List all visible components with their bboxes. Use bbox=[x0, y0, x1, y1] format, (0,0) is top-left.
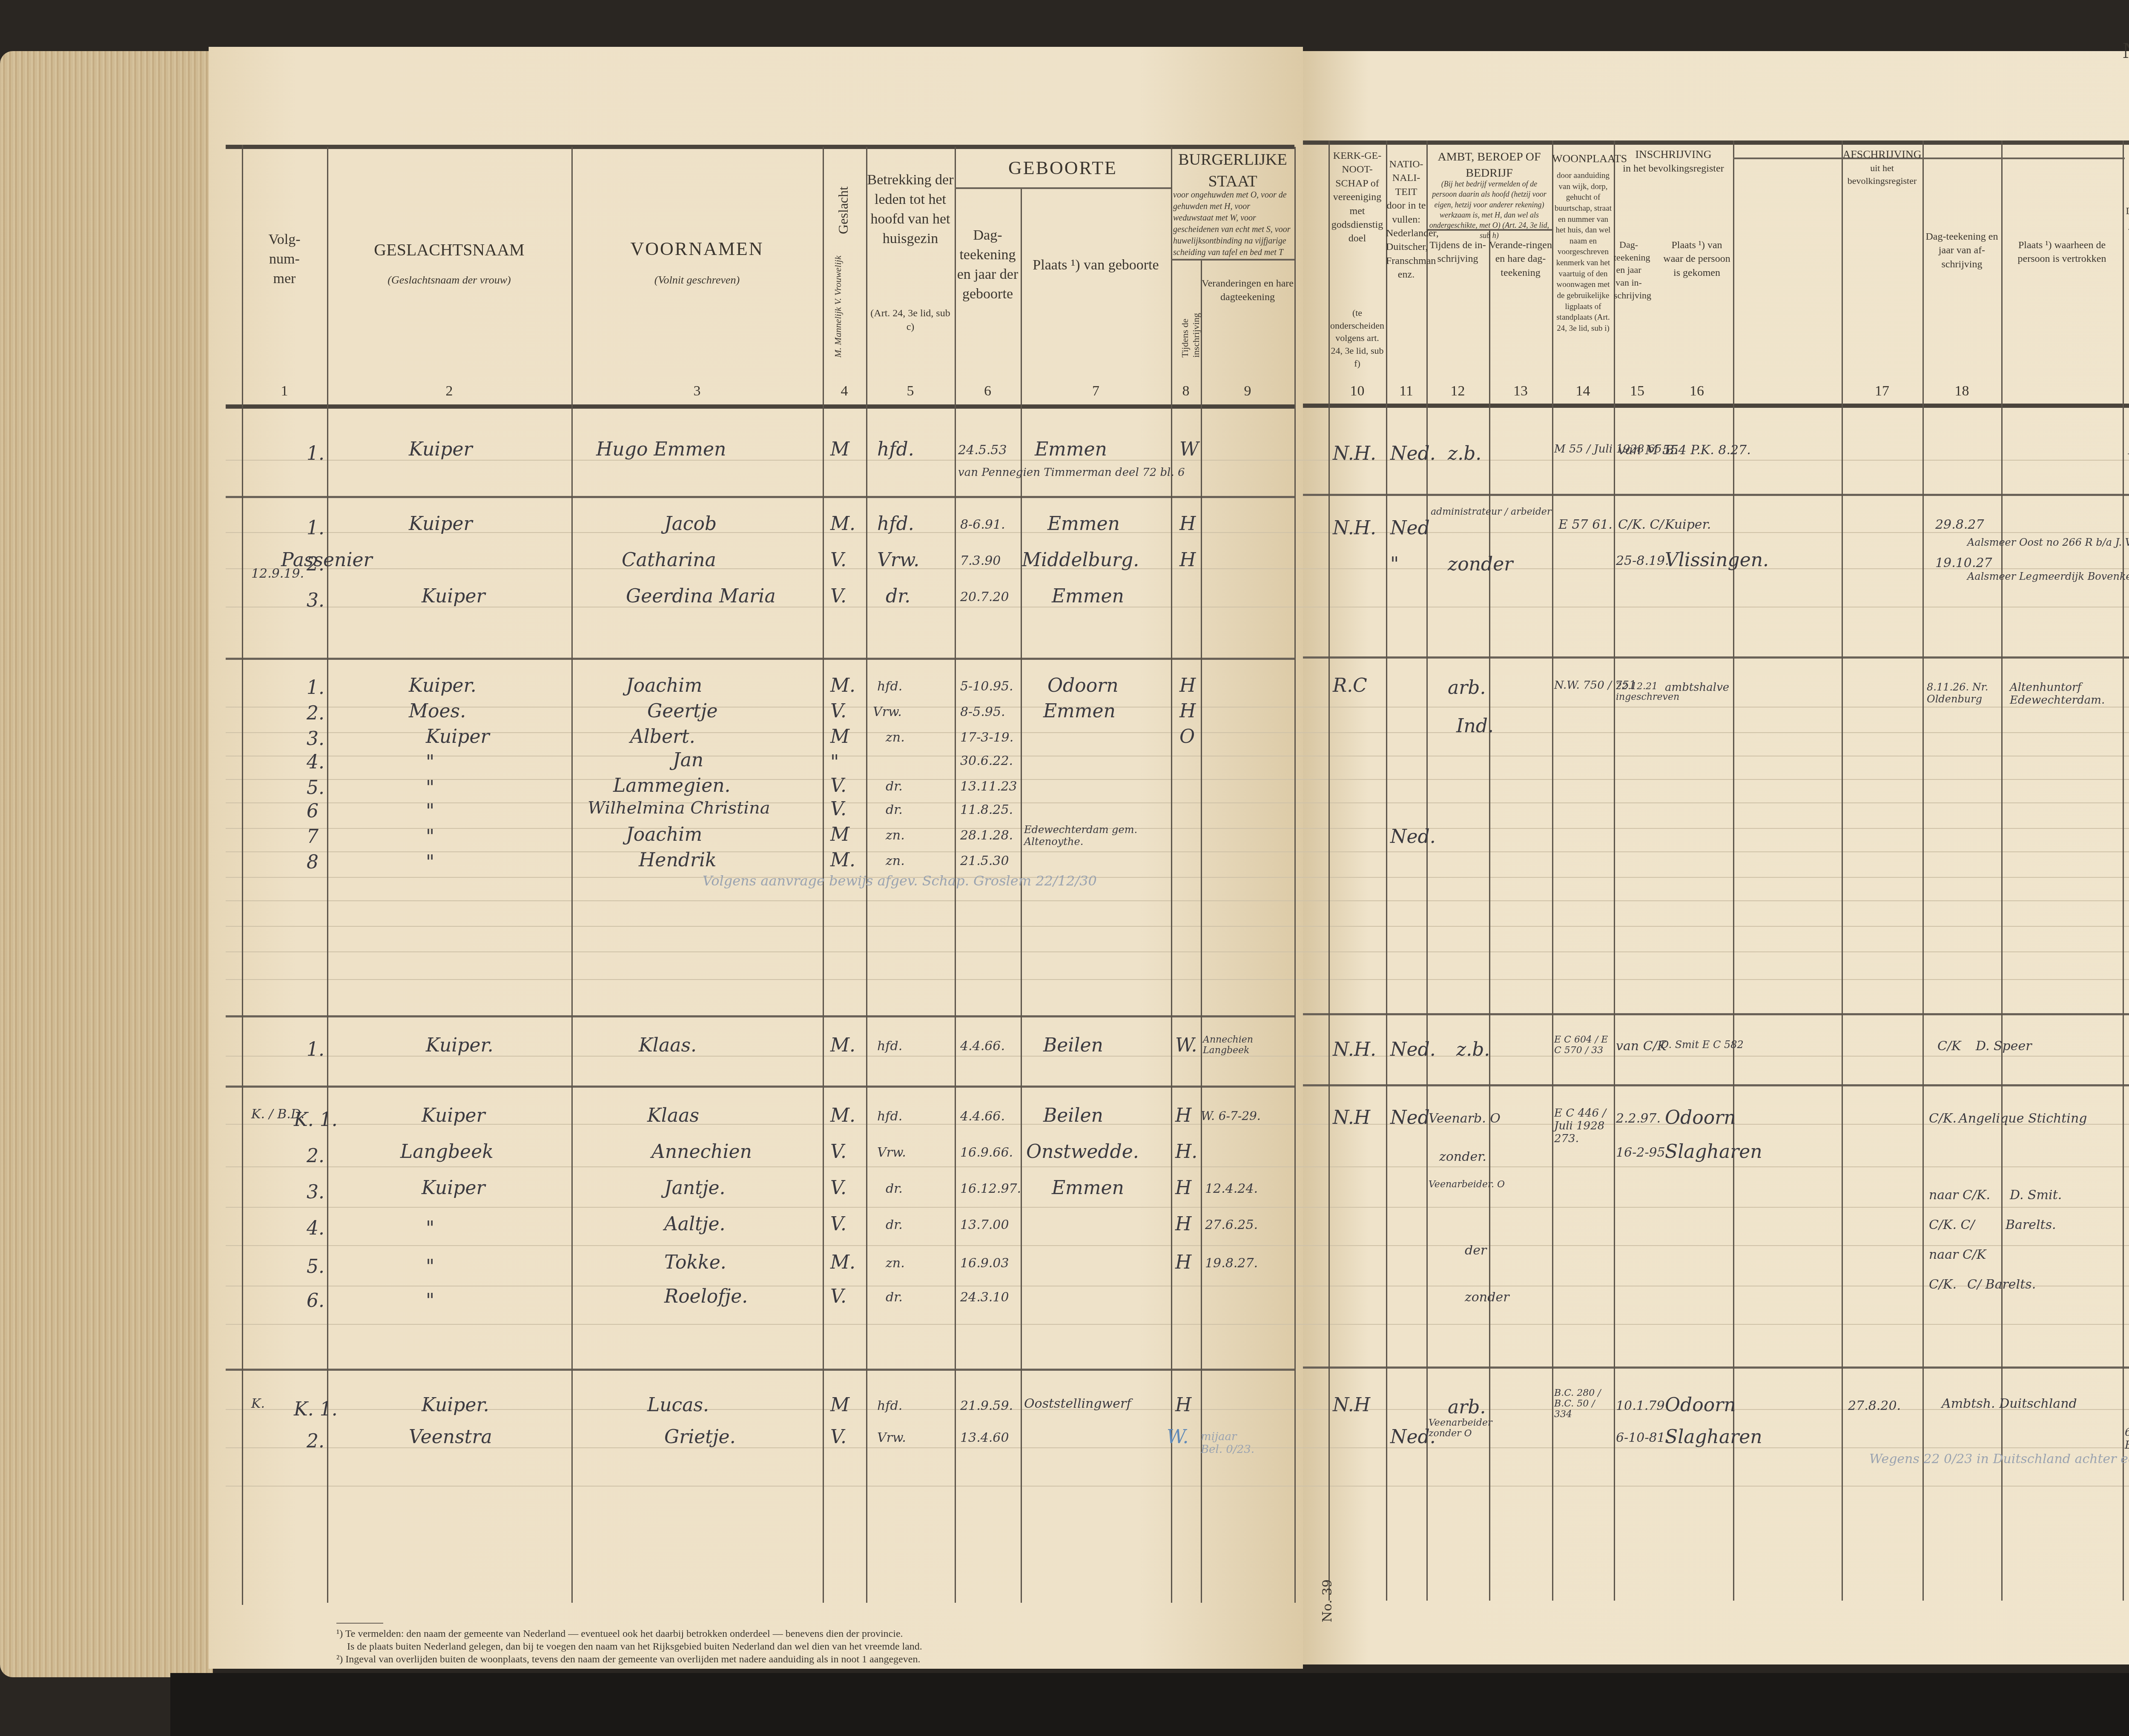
sex: V. bbox=[830, 1286, 846, 1307]
sex: V. bbox=[830, 1213, 846, 1235]
col10-header: KERK-GE-NOOT-SCHAP of vereeniging met go… bbox=[1328, 149, 1386, 246]
surname: Langbeek bbox=[400, 1141, 494, 1163]
entry-number: 2. bbox=[307, 1430, 324, 1452]
occupation: arb. bbox=[1448, 677, 1486, 699]
given-names: Jacob bbox=[664, 513, 717, 535]
registration-from: Slagharen bbox=[1665, 1426, 1762, 1448]
birth-place: Emmen bbox=[1047, 513, 1120, 535]
deregistration-to: D. Smit. bbox=[2010, 1188, 2062, 1203]
col-number: 9 bbox=[1201, 383, 1294, 399]
registration-date: 16-2-95 bbox=[1616, 1145, 1665, 1160]
col3-subheader: (Volnit geschreven) bbox=[571, 272, 823, 287]
col17-header: Dag-teekening en jaar van af-schrijving bbox=[1922, 230, 2001, 271]
deregistration-to: D. Speer bbox=[1976, 1039, 2032, 1054]
col13-header: Verande-ringen en hare dag-teekening bbox=[1489, 238, 1552, 280]
deregistration-date: 8.11.26. Nr. Oldenburg bbox=[1927, 681, 2003, 705]
surname: Moes. bbox=[409, 700, 466, 722]
occupation: zonder bbox=[1448, 553, 1513, 575]
birth-place: Beilen bbox=[1043, 1105, 1103, 1126]
registration-from: Vlissingen. bbox=[1665, 549, 1769, 571]
left-page bbox=[209, 47, 1303, 1669]
entry-number: 3. bbox=[307, 590, 324, 611]
relation: zn. bbox=[886, 828, 905, 843]
col11-header: NATIO-NALI-TEIT door in te vullen: Neder… bbox=[1386, 158, 1426, 282]
sex: M. bbox=[830, 675, 855, 696]
entry-number: 8 bbox=[307, 851, 318, 873]
relation: hfd. bbox=[877, 1039, 902, 1054]
surname: Kuiper bbox=[422, 1105, 485, 1126]
relation: dr. bbox=[886, 779, 903, 794]
birth-date: 8-6.91. bbox=[960, 517, 1005, 532]
entry-number: 1. bbox=[307, 677, 324, 699]
relation: hfd. bbox=[877, 513, 914, 535]
relation: Vrw. bbox=[877, 1145, 906, 1160]
relation: dr. bbox=[886, 1217, 903, 1232]
given-names: Catharina bbox=[622, 549, 716, 571]
burgerlijke-staat-note: voor ongehuwden met O, voor de gehuwden … bbox=[1173, 189, 1292, 258]
civil-status: W. bbox=[1167, 1426, 1189, 1448]
ambt-header: AMBT, BEROEP OF BEDRIJF bbox=[1426, 149, 1552, 181]
relation: dr. bbox=[886, 585, 910, 607]
sex: M. bbox=[830, 1034, 855, 1056]
birth-place: Edewechterdam gem. Altenoythe. bbox=[1024, 824, 1169, 848]
col16-header: Plaats ¹) van waar de persoon is gekomen bbox=[1661, 238, 1733, 280]
col15-header: Dag-teekening en jaar van in-schrijving bbox=[1614, 238, 1644, 301]
deregistration-date: C/K. C/ bbox=[1929, 1217, 1975, 1232]
given-names: Lucas. bbox=[647, 1394, 709, 1416]
sex: V. bbox=[830, 775, 846, 796]
deregistration-date: C/K bbox=[1937, 1039, 1961, 1054]
birth-place: Emmen bbox=[1052, 585, 1124, 607]
occupation: zonder. bbox=[1439, 1149, 1486, 1164]
household-divider bbox=[226, 496, 1294, 498]
registration-from: Slagharen bbox=[1665, 1141, 1762, 1163]
surname: " bbox=[426, 800, 434, 822]
civil-status: W. bbox=[1175, 1034, 1197, 1056]
civil-status: H bbox=[1175, 1105, 1191, 1126]
given-names: Wilhelmina Christina bbox=[588, 798, 770, 818]
registration-from: Odoorn bbox=[1665, 1107, 1736, 1129]
col-number: 5 bbox=[866, 383, 955, 399]
entry-number: 1. bbox=[307, 443, 324, 464]
civil-status: H. bbox=[1175, 1141, 1197, 1163]
church: N.H bbox=[1333, 1394, 1370, 1416]
deregistration-date: 29.8.27 bbox=[1935, 517, 1984, 532]
household-divider bbox=[226, 658, 1294, 660]
deregistration-to: Altenhuntorf Edewechterdam. bbox=[2010, 681, 2129, 707]
deregistration-date: naar C/K. bbox=[1929, 1188, 1990, 1203]
relation: dr. bbox=[886, 1290, 903, 1305]
surname: " bbox=[426, 851, 434, 873]
col-number: 11 bbox=[1386, 383, 1426, 399]
col-number: 14 bbox=[1552, 383, 1614, 399]
col7-header: Plaats ¹) van geboorte bbox=[1021, 255, 1171, 275]
civil-status-change: 12.4.24. bbox=[1205, 1181, 1258, 1196]
deregistration-date: 27.8.20. bbox=[1848, 1398, 1901, 1413]
civil-status: H bbox=[1179, 549, 1196, 571]
birth-date: 5-10.95. bbox=[960, 679, 1013, 694]
birth-date: 8-5.95. bbox=[960, 705, 1005, 719]
given-names: Grietje. bbox=[664, 1426, 736, 1448]
occupation: der bbox=[1465, 1243, 1486, 1258]
civil-status-change: van Pennegien Timmerman deel 72 bl. 6 bbox=[958, 466, 1185, 479]
registration-from: Kuiper. bbox=[1665, 517, 1711, 532]
deregistration-date: 19.10.27 bbox=[1935, 556, 1992, 570]
col3-header: VOORNAMEN bbox=[571, 236, 823, 261]
col-number: 3 bbox=[571, 383, 823, 399]
birth-place: Emmen bbox=[1035, 438, 1107, 460]
entry-number: 3. bbox=[307, 1181, 324, 1203]
sex: M. bbox=[830, 1105, 855, 1126]
surname: Kuiper. bbox=[409, 675, 476, 696]
col2-subheader: (Geslachtsnaam der vrouw) bbox=[327, 272, 571, 287]
deregistration-to: Aalsmeer Legmeerdijk Bovenkerk bbox=[1967, 570, 2129, 582]
given-names: Geerdina Maria bbox=[626, 585, 776, 607]
ambt-note: (Bij het bedrijf vermelden of de persoon… bbox=[1429, 179, 1550, 241]
entry-number: 2. bbox=[307, 702, 324, 724]
registration-from: ambtshalve bbox=[1665, 681, 1729, 694]
form-number: No. 39 bbox=[1320, 1579, 1335, 1622]
birth-date: 7.3.90 bbox=[960, 553, 1001, 568]
given-names: Lammegien. bbox=[613, 775, 731, 796]
birth-date: 28.1.28. bbox=[960, 828, 1013, 843]
church: N.H bbox=[1333, 1107, 1370, 1129]
civil-status-change: W. 6-7-29. bbox=[1201, 1109, 1261, 1123]
footnote-2: ²) Ingeval van overlijden buiten de woon… bbox=[336, 1654, 920, 1665]
occupation: Veenarbeider. O bbox=[1429, 1179, 1505, 1190]
nationality: " bbox=[1390, 553, 1399, 575]
col12-header: Tijdens de in-schrijving bbox=[1426, 238, 1489, 266]
occupation: z.b. bbox=[1448, 443, 1481, 464]
sex: " bbox=[830, 751, 839, 773]
given-names: Klaas bbox=[647, 1105, 699, 1126]
surname: Kuiper bbox=[409, 438, 473, 460]
deregistration-date: naar C/K bbox=[1929, 1247, 1986, 1262]
col18-header: Plaats ¹) waarheen de persoon is vertrok… bbox=[2001, 238, 2123, 266]
given-names: Geertje bbox=[647, 700, 718, 722]
sex: V. bbox=[830, 1177, 846, 1199]
entry-number: 2. bbox=[307, 1145, 324, 1167]
inschrijving-header: INSCHRIJVING bbox=[1614, 147, 1733, 162]
relation: Vrw. bbox=[873, 705, 902, 719]
annotation: Volgens aanvrage bewijs afgev. Schap. Gr… bbox=[703, 873, 1097, 889]
registration-date: 6-10-81. bbox=[1616, 1430, 1669, 1445]
col19-header: Dag-teekening en jaar van OVER-LIJDEN ²) bbox=[2123, 204, 2129, 246]
entry-number: 6. bbox=[307, 1290, 324, 1312]
registration-from: B.4 P.K. 8.27. bbox=[1665, 443, 1751, 458]
sex: V. bbox=[830, 1141, 846, 1163]
surname: Kuiper bbox=[422, 585, 485, 607]
deregistration-to: Angelique Stichting bbox=[1959, 1111, 2087, 1126]
given-names: Joachim bbox=[626, 824, 702, 845]
surname: Kuiper. bbox=[422, 1394, 489, 1416]
church: N.H. bbox=[1333, 517, 1376, 539]
relation: zn. bbox=[886, 1256, 905, 1271]
col1-header: Volg- num- mer bbox=[242, 230, 327, 289]
birth-place: Emmen bbox=[1043, 700, 1116, 722]
birth-date: 4.4.66. bbox=[960, 1109, 1005, 1124]
relation: hfd. bbox=[877, 1398, 902, 1413]
deregistration-to: Aalsmeer Oost no 266 R b/a J. Verbeek Kw… bbox=[1967, 536, 2129, 548]
surname: Kuiper bbox=[426, 726, 490, 748]
registration-date: 2.2.97. bbox=[1616, 1111, 1661, 1126]
occupation: Ind. bbox=[1456, 715, 1494, 737]
relation: zn. bbox=[886, 730, 905, 745]
civil-status-change: 27.6.25. bbox=[1205, 1217, 1258, 1232]
civil-status-change: 19.8.27. bbox=[1205, 1256, 1258, 1271]
deregistration-to: Barelts. bbox=[2006, 1217, 2056, 1232]
col5-header: Betrekking der leden tot het hoofd van h… bbox=[866, 170, 955, 249]
col-number: 4 bbox=[823, 383, 866, 399]
address: E C 446 / Juli 1928 273. bbox=[1554, 1107, 1614, 1145]
registration-from: D. Smit E C 582 bbox=[1661, 1039, 1744, 1051]
surname: " bbox=[426, 777, 434, 799]
address: E C 604 / E C 570 / 33 bbox=[1554, 1034, 1614, 1056]
relation: dr. bbox=[886, 1181, 903, 1196]
civil-status: H bbox=[1175, 1213, 1191, 1235]
registration-date: C/K. C/ bbox=[1618, 517, 1664, 532]
birth-date: 24.3.10 bbox=[960, 1290, 1009, 1305]
surname: " bbox=[426, 1217, 434, 1239]
birth-place: Beilen bbox=[1043, 1034, 1103, 1056]
given-names: Hugo Emmen bbox=[596, 438, 726, 460]
birth-date: 13.11.23 bbox=[960, 779, 1017, 794]
birth-date: 24.5.53 bbox=[958, 443, 1007, 458]
entry-number: 4. bbox=[307, 751, 324, 773]
birth-date: 16.9.66. bbox=[960, 1145, 1013, 1160]
birth-place: Emmen bbox=[1052, 1177, 1124, 1199]
col2-header: GESLACHTSNAAM bbox=[327, 238, 571, 261]
col-number: 6 bbox=[955, 383, 1021, 399]
deregistration-date: C/K. bbox=[1929, 1111, 1957, 1126]
church: R.C bbox=[1333, 675, 1367, 696]
relation: zn. bbox=[886, 854, 905, 868]
book-cover-bottom bbox=[170, 1673, 2129, 1736]
occupation: arb. bbox=[1448, 1396, 1486, 1418]
registration-date: 25-8.19. bbox=[1616, 553, 1669, 568]
sex: M bbox=[830, 438, 849, 460]
col10-subheader: (te onderscheiden volgens art. 24, 3e li… bbox=[1328, 307, 1386, 370]
annotation: Wegens 22 0/23 in Duitschland achter een… bbox=[1869, 1452, 2129, 1467]
entry-number: 5. bbox=[307, 777, 324, 799]
given-names: Aaltje. bbox=[664, 1213, 725, 1235]
sex: M. bbox=[830, 513, 855, 535]
surname: Kuiper. bbox=[426, 1034, 494, 1056]
church: N.H. bbox=[1333, 443, 1376, 464]
relation: Vrw. bbox=[877, 1430, 906, 1445]
sex: M. bbox=[830, 1252, 855, 1273]
birth-date: 17-3-19. bbox=[960, 730, 1013, 745]
relation: hfd. bbox=[877, 1109, 902, 1124]
entry-number: 1. bbox=[307, 1039, 324, 1060]
relation: hfd. bbox=[877, 679, 902, 694]
col-number: 15 bbox=[1614, 383, 1661, 399]
deregistration-to: C/ Barelts. bbox=[1967, 1277, 2036, 1292]
col-number: 1 bbox=[242, 383, 327, 399]
given-names: Albert. bbox=[630, 726, 695, 748]
col4-subheader: M. Mannelijk V. Vrouwelijk bbox=[832, 255, 844, 358]
nationality: Ned. bbox=[1390, 1039, 1436, 1060]
col9-header: Veranderingen en hare dagteekening bbox=[1201, 277, 1294, 304]
surname: " bbox=[426, 826, 434, 848]
page-title: Nummer van het blad bbox=[2123, 38, 2129, 63]
inschrijving-subheader: in het bevolkingsregister bbox=[1614, 162, 1733, 175]
surname: Kuiper bbox=[409, 513, 473, 535]
col-number: 16 bbox=[1661, 383, 1733, 399]
col-number: 12 bbox=[1426, 383, 1489, 399]
sex: V. bbox=[830, 1426, 846, 1448]
col8-header: Tijdens de inschrijving bbox=[1179, 272, 1202, 358]
registration-date: 22.12.21 ingeschreven bbox=[1616, 681, 1658, 702]
registration-date: van C/K bbox=[1616, 1039, 1667, 1054]
sex: M bbox=[830, 824, 849, 845]
surname: " bbox=[426, 751, 434, 773]
sex: V. bbox=[830, 549, 846, 571]
entry-number: K. 1. bbox=[294, 1398, 338, 1420]
birth-date: 13.7.00 bbox=[960, 1217, 1009, 1232]
sex: M bbox=[830, 1394, 849, 1416]
death-date: 19.6.30 bbox=[2127, 443, 2129, 458]
relation: dr. bbox=[886, 802, 903, 817]
relation: hfd. bbox=[877, 438, 914, 460]
nationality: Ned bbox=[1390, 1107, 1430, 1129]
surname: Passenier bbox=[281, 549, 373, 571]
birth-date: 4.4.66. bbox=[960, 1039, 1005, 1054]
col-number: 8 bbox=[1171, 383, 1201, 399]
entry-number: K. 1. bbox=[294, 1109, 338, 1131]
sex: V. bbox=[830, 585, 846, 607]
surname: Veenstra bbox=[409, 1426, 492, 1448]
given-names: Joachim bbox=[626, 675, 702, 696]
surname: " bbox=[426, 1256, 434, 1278]
household-divider bbox=[226, 1015, 1294, 1017]
geboorte-header: GEBOORTE bbox=[955, 155, 1171, 180]
birth-date: 21.9.59. bbox=[960, 1398, 1013, 1413]
footnote-1b: Is de plaats buiten Nederland gelegen, d… bbox=[347, 1641, 922, 1653]
col-number: 13 bbox=[1489, 383, 1552, 399]
civil-status: H bbox=[1175, 1252, 1191, 1273]
registration-from: Odoorn bbox=[1665, 1394, 1736, 1416]
col-number: 18 bbox=[1922, 383, 2001, 399]
col4-header: Geslacht bbox=[835, 166, 851, 234]
occupation: administrateur / arbeider bbox=[1431, 507, 1551, 517]
entry-number: 3. bbox=[307, 728, 324, 750]
col-number: 2 bbox=[327, 383, 571, 399]
household-divider bbox=[226, 1086, 1294, 1088]
footnote-1: ¹) Te vermelden: den naam der gemeente v… bbox=[336, 1628, 903, 1640]
col-number: 17 bbox=[1842, 383, 1922, 399]
given-names: Annechien bbox=[651, 1141, 752, 1163]
entry-number: 4. bbox=[307, 1217, 324, 1239]
birth-date: 21.5.30 bbox=[960, 854, 1009, 868]
book-page-edges bbox=[0, 51, 213, 1677]
entry-number: 6 bbox=[307, 800, 318, 822]
civil-status: H bbox=[1175, 1394, 1191, 1416]
surname: Kuiper bbox=[422, 1177, 485, 1199]
civil-status: H bbox=[1179, 513, 1196, 535]
given-names: Hendrik bbox=[639, 849, 717, 871]
birth-date: 16.9.03 bbox=[960, 1256, 1009, 1271]
civil-status: O bbox=[1179, 726, 1195, 748]
birth-date: 13.4.60 bbox=[960, 1430, 1009, 1445]
occupation: Veenarbeider zonder O bbox=[1429, 1418, 1488, 1439]
nationality: Ned. bbox=[1390, 826, 1436, 848]
birth-date: 30.6.22. bbox=[960, 753, 1013, 768]
col14-subheader: door aanduiding van wijk, dorp, gehucht … bbox=[1553, 170, 1613, 334]
header-top-rule bbox=[226, 145, 1294, 149]
civil-status-change: Annechien Langbeek bbox=[1203, 1034, 1254, 1056]
occupation: zonder bbox=[1465, 1290, 1509, 1305]
col6-header: Dag-teekening en jaar der geboorte bbox=[955, 226, 1021, 304]
occupation: z.b. bbox=[1456, 1039, 1490, 1060]
given-names: Tokke. bbox=[664, 1252, 726, 1273]
birth-place: Ooststellingwerf bbox=[1024, 1396, 1131, 1411]
birth-date: 20.7.20 bbox=[960, 590, 1009, 604]
civil-status: W bbox=[1179, 438, 1199, 460]
sex: M bbox=[830, 726, 849, 748]
sex: M. bbox=[830, 849, 855, 871]
given-names: Klaas. bbox=[639, 1034, 697, 1056]
afschrijving-header: AFSCHRIJVING bbox=[1842, 147, 1922, 162]
header-bottom-rule bbox=[226, 404, 1294, 409]
church: N.H. bbox=[1333, 1039, 1376, 1060]
afschrijving-subheader: uit het bevolkingsregister bbox=[1842, 162, 1922, 187]
address: E 57 61. bbox=[1558, 517, 1613, 532]
nationality: Ned. bbox=[1390, 443, 1436, 464]
household-divider bbox=[226, 1369, 1294, 1371]
deregistration-to: Ambtsh. Duitschland bbox=[1942, 1396, 2077, 1411]
col-number: 10 bbox=[1328, 383, 1386, 399]
registration-date: 10.1.79 bbox=[1616, 1398, 1665, 1413]
occupation: Veenarb. O bbox=[1429, 1111, 1501, 1126]
col-number: 7 bbox=[1021, 383, 1171, 399]
civil-status: H bbox=[1179, 700, 1196, 722]
sex: V. bbox=[830, 798, 846, 820]
given-names: Roelofje. bbox=[664, 1286, 748, 1307]
entry-number: 7 bbox=[307, 826, 318, 848]
col-number: 19 bbox=[2123, 383, 2129, 399]
given-names: Jan bbox=[673, 749, 703, 771]
civil-status: H bbox=[1179, 675, 1196, 696]
deregistration-date: C/K. bbox=[1929, 1277, 1957, 1292]
sex: V. bbox=[830, 700, 846, 722]
civil-status-change: mijaar Bel. 0/23. bbox=[1201, 1430, 1260, 1456]
col5-subheader: (Art. 24, 3e lid, sub c) bbox=[866, 307, 955, 334]
civil-status: H bbox=[1175, 1177, 1191, 1199]
burgerlijke-staat-header: BURGERLIJKE STAAT bbox=[1171, 149, 1294, 193]
nationality: Ned bbox=[1390, 517, 1430, 539]
birth-date: 16.12.97. bbox=[960, 1181, 1021, 1196]
birth-date: 11.8.25. bbox=[960, 802, 1013, 817]
address: B.C. 280 / B.C. 50 / 334 bbox=[1554, 1388, 1614, 1420]
given-names: Jantje. bbox=[664, 1177, 726, 1199]
birth-place: Middelburg. bbox=[1022, 549, 1139, 571]
relation: Vrw. bbox=[877, 549, 919, 571]
col14-header: WOONPLAATS bbox=[1552, 151, 1614, 166]
surname: " bbox=[426, 1290, 434, 1312]
entry-number: 5. bbox=[307, 1256, 324, 1278]
birth-place: Onstwedde. bbox=[1026, 1141, 1139, 1163]
birth-place: Odoorn bbox=[1047, 675, 1119, 696]
margin-note: K. bbox=[251, 1396, 265, 1411]
death-date: 6.6.27 Borne bbox=[2125, 1426, 2129, 1452]
entry-number: 1. bbox=[307, 517, 324, 539]
